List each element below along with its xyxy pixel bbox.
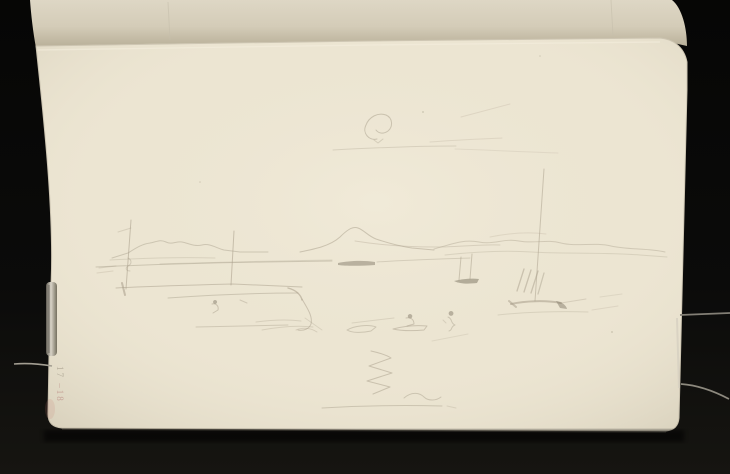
cast-shadow: [44, 430, 684, 442]
photograph-stage: 17 –18: [0, 0, 730, 474]
sketchbook-photo: 17 –18: [0, 0, 730, 474]
inscription-number-red: –18: [55, 382, 65, 403]
binder-clip-left: [46, 282, 57, 356]
red-stamp-smudge: [45, 399, 55, 419]
paper-vignette: [28, 30, 696, 440]
paper-speck-1: [422, 111, 424, 113]
paper-speck-3: [199, 181, 201, 183]
paper-speck-4: [611, 331, 613, 333]
paper-speck-2: [539, 55, 541, 57]
inscription-number-pencil: 17: [55, 366, 65, 379]
stroke-buoy-head: [449, 311, 454, 316]
folio-inscription: 17 –18: [55, 366, 65, 403]
